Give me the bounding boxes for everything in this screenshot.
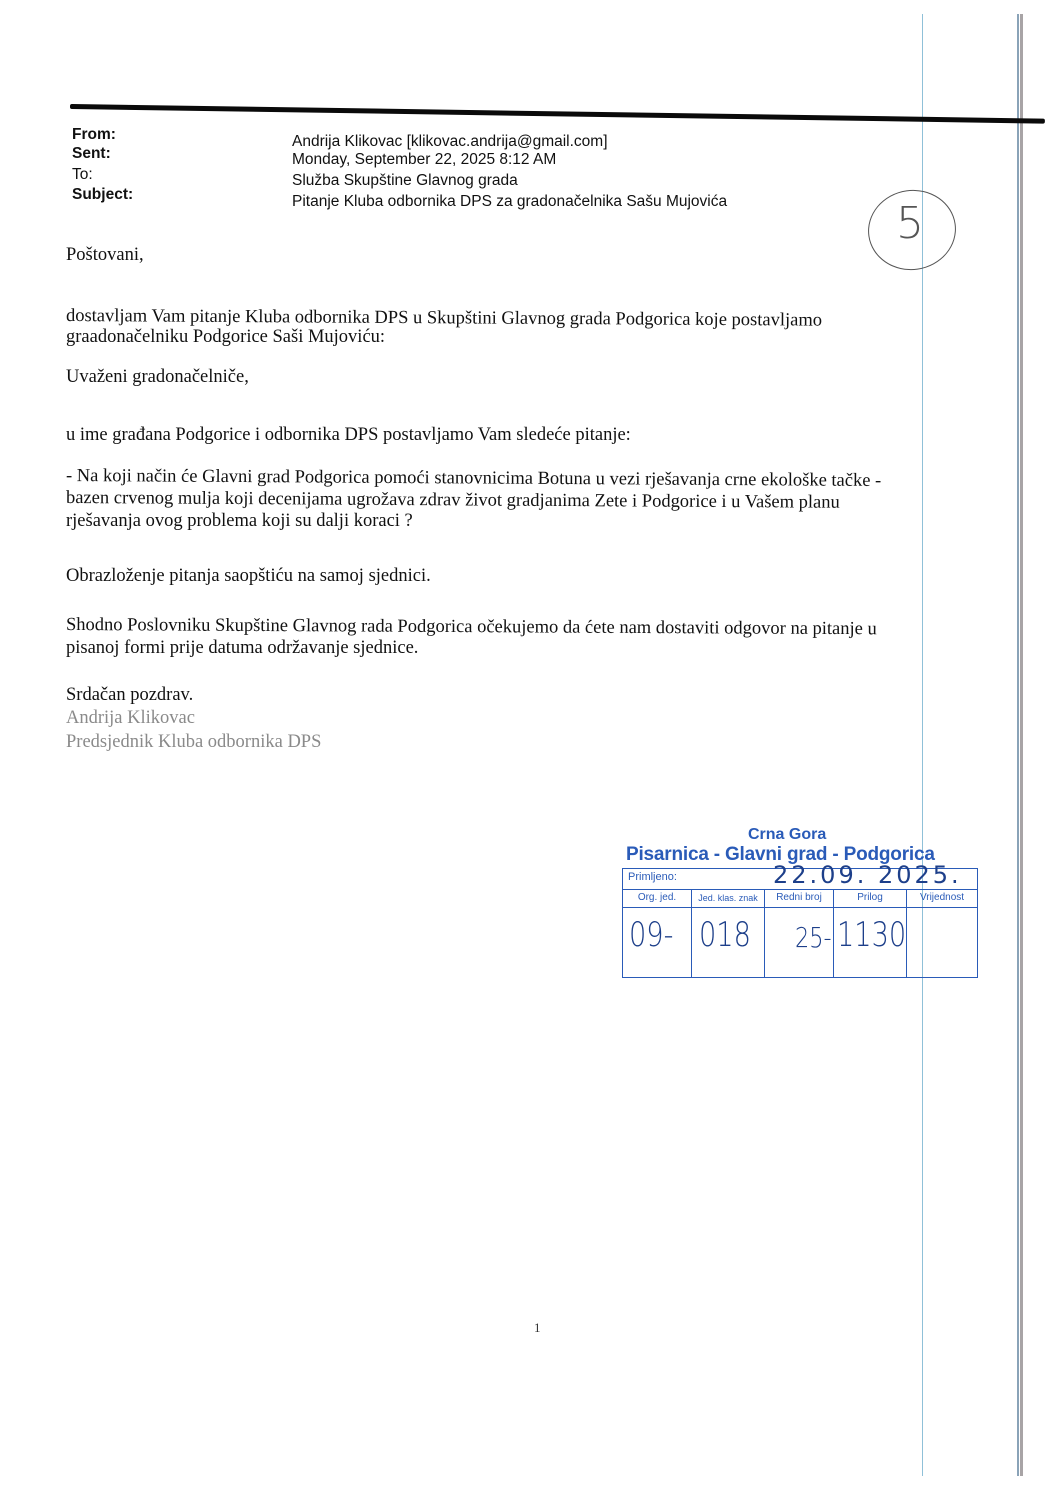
from-label: From:	[72, 126, 116, 144]
stamp-divider	[623, 907, 977, 908]
sent-label: Sent:	[72, 145, 111, 163]
stamp-col-org-jed: Org. jed.	[623, 889, 691, 907]
to-label: To:	[72, 166, 93, 184]
subject-value: Pitanje Kluba odbornika DPS za gradonače…	[292, 193, 727, 211]
stamp-value-redni-broj: 25-	[795, 921, 832, 954]
stamp-col-prilog: Prilog	[834, 889, 906, 907]
scan-edge-line-shadow	[1020, 14, 1023, 1476]
stamp-col-klas-znak: Jed. klas. znak	[692, 889, 764, 907]
subject-label: Subject:	[72, 186, 133, 204]
page-number: 1	[534, 1320, 541, 1336]
scan-edge-line	[1017, 14, 1019, 1476]
stamp-country: Crna Gora	[748, 826, 826, 844]
explanation: Obrazloženje pitanja saopštiću na samoj …	[66, 565, 431, 588]
closing: Srdačan pozdrav.	[66, 684, 193, 707]
salutation: Uvaženi gradonačelniče,	[66, 366, 249, 389]
signature-title: Predsjednik Kluba odbornika DPS	[66, 731, 321, 754]
scanned-document-page: From: Sent: To: Subject: Andrija Klikova…	[0, 0, 1058, 1497]
from-value: Andrija Klikovac [klikovac.andrija@gmail…	[292, 133, 608, 151]
question-lead: u ime građana Podgorice i odbornika DPS …	[66, 424, 631, 447]
email-header-rule	[70, 104, 1045, 124]
greeting: Poštovani,	[66, 244, 144, 267]
stamp-table: Primljeno: 22.09. 2025. Org. jed. Jed. k…	[622, 868, 978, 978]
stamp-received-date: 22.09. 2025.	[773, 861, 962, 889]
sent-value: Monday, September 22, 2025 8:12 AM	[292, 151, 556, 169]
stamp-received-label: Primljeno:	[628, 871, 677, 883]
to-value: Služba Skupštine Glavnog grada	[292, 172, 518, 190]
stamp-value-org-jed: 09-	[629, 915, 673, 955]
signature-name: Andrija Klikovac	[66, 707, 195, 730]
stamp-value-klas-znak: 018	[699, 915, 751, 955]
stamp-value-prilog: 1130	[837, 915, 906, 955]
handwritten-number: 5	[896, 198, 924, 249]
intro-line-2: graadonačelniku Podgorice Saši Mujoviću:	[66, 326, 385, 349]
question-line-3: rješavanja ovog problema koji su dalji k…	[66, 510, 413, 533]
request-line-2: pisanoj formi prije datuma održavanje sj…	[66, 637, 418, 660]
stamp-col-vrijednost: Vrijednost	[907, 889, 977, 907]
stamp-col-redni-broj: Redni broj	[765, 889, 833, 907]
